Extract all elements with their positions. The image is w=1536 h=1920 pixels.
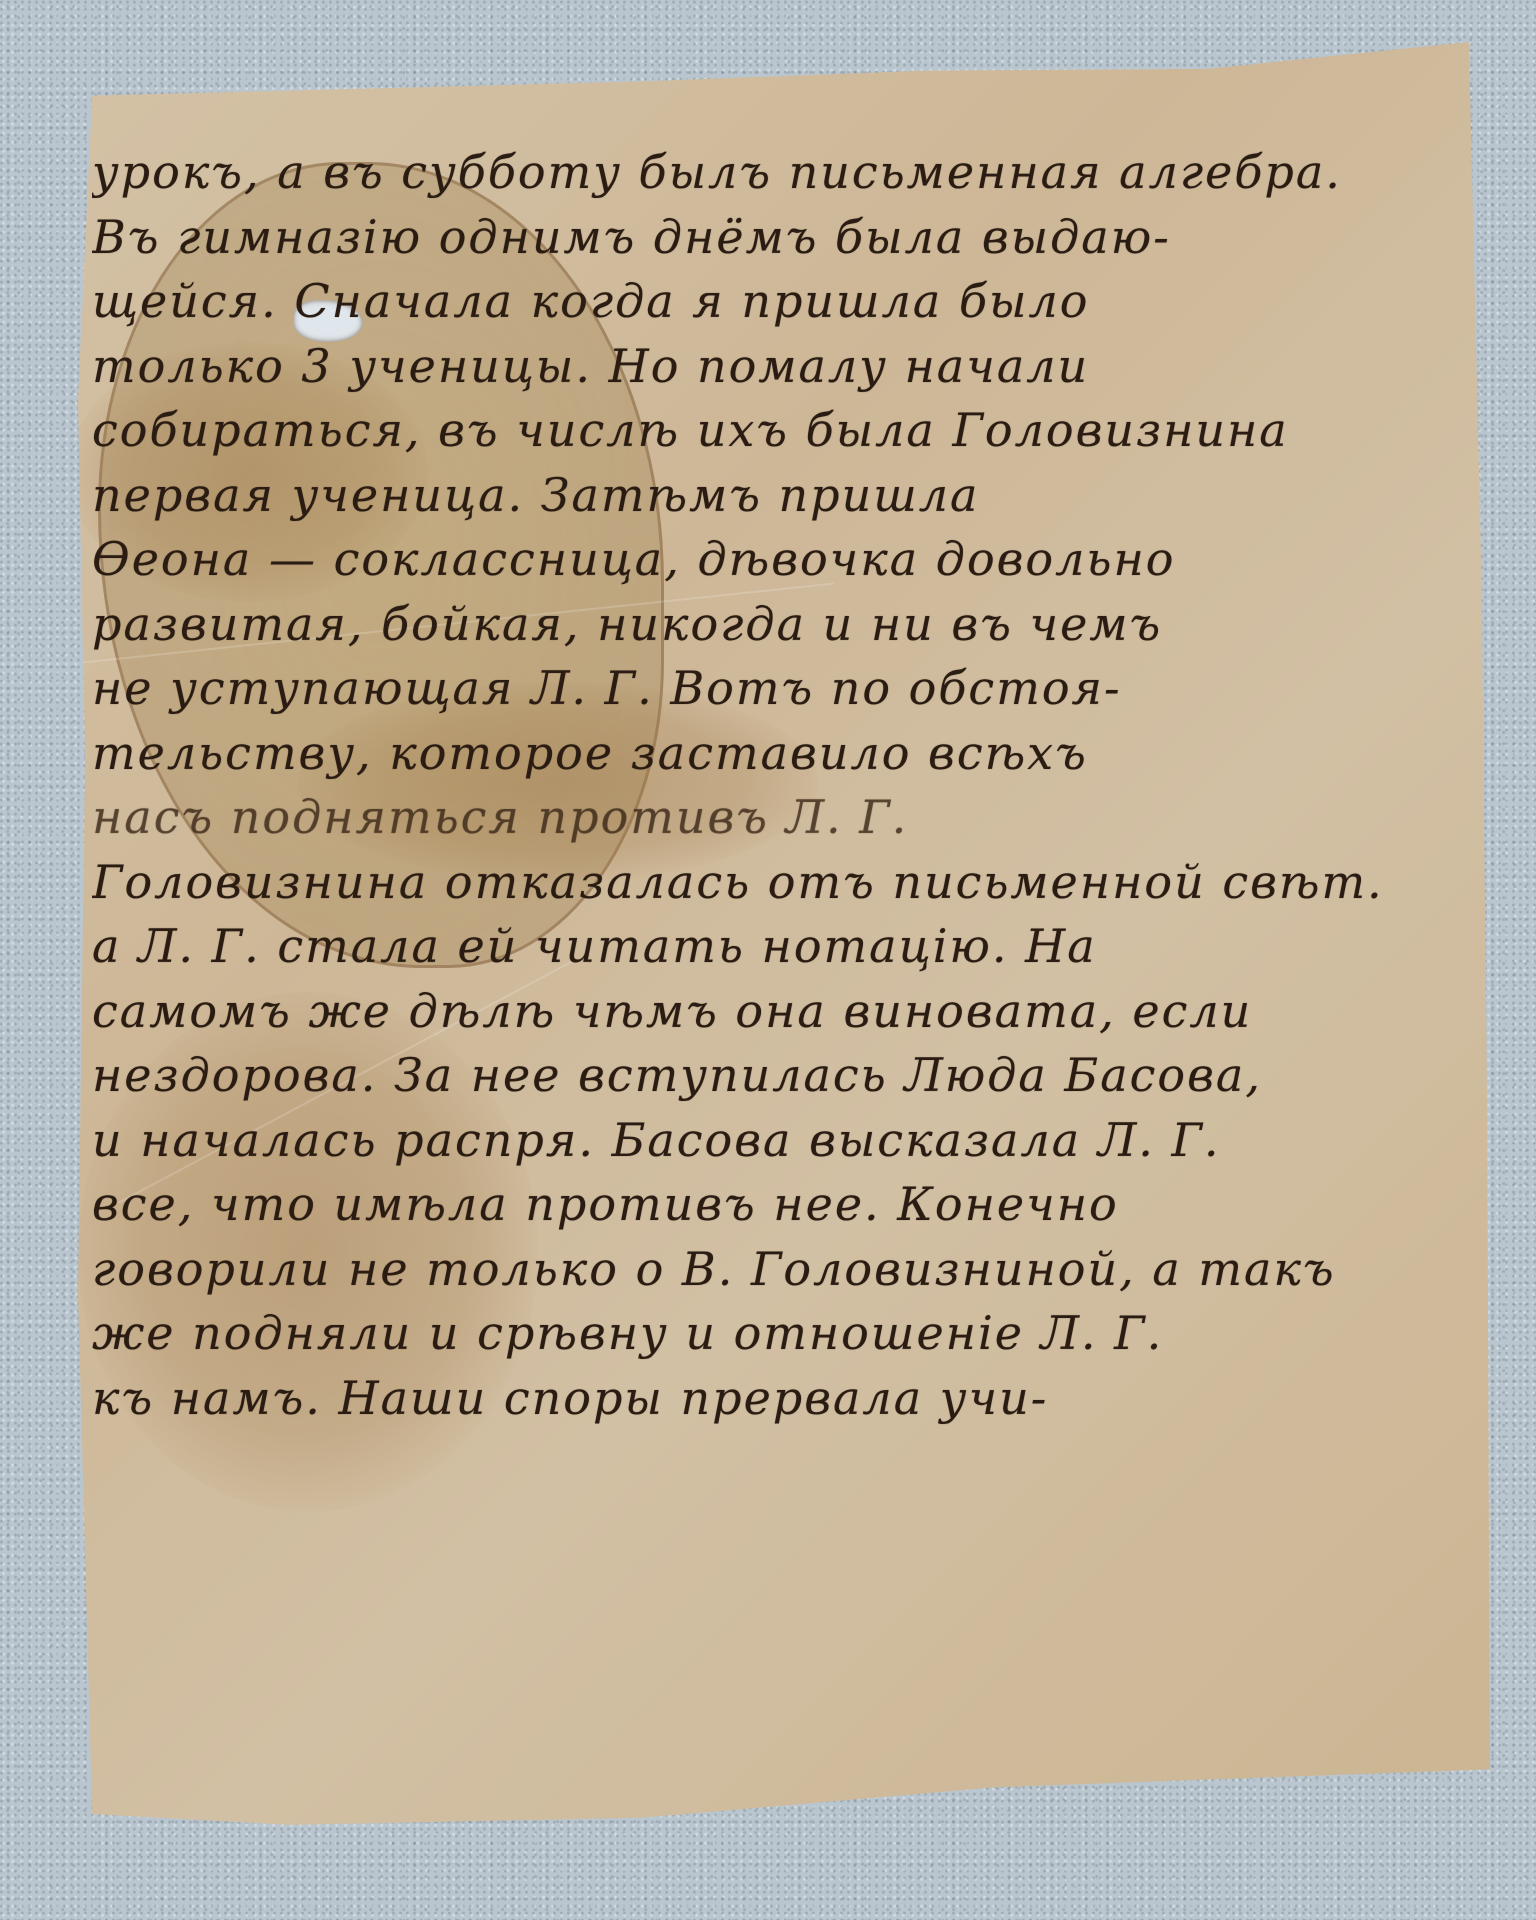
text-line: а Л. Г. стала ей читать нотацію. На [92,914,1472,979]
text-line: Ѳеона — соклассница, дѣвочка довольно [92,527,1472,592]
text-line: Въ гимназію однимъ днёмъ была выдаю- [92,205,1472,270]
text-line: нездорова. За нее вступилась Люда Басова… [92,1043,1472,1108]
text-line: Головизнина отказалась отъ письменной св… [92,850,1472,915]
text-line: только 3 ученицы. Но помалу начали [92,334,1472,399]
text-line: говорили не только о В. Головизниной, а … [92,1237,1472,1302]
text-line: щейся. Сначала когда я пришла было [92,269,1472,334]
text-line: же подняли и cрѣвну и отношеніе Л. Г. [92,1301,1472,1366]
text-line: тельству, которое заставило всѣхъ [92,721,1472,786]
text-line: урокъ, а въ субботу былъ письменная алге… [92,140,1472,205]
text-line: не уступающая Л. Г. Вотъ по обстоя- [92,656,1472,721]
text-line: собираться, въ числѣ ихъ была Головизнин… [92,398,1472,463]
text-line: насъ подняться противъ Л. Г. [92,785,1472,850]
text-line: и началась распря. Басова высказала Л. Г… [92,1108,1472,1173]
handwritten-text: урокъ, а въ субботу былъ письменная алге… [92,140,1472,1430]
text-line: развитая, бойкая, никогда и ни въ чемъ [92,592,1472,657]
text-line: къ намъ. Наши споры прервала учи- [92,1366,1472,1431]
text-line: первая ученица. Затѣмъ пришла [92,463,1472,528]
text-line: самомъ же дѣлѣ чѣмъ она виновата, если [92,979,1472,1044]
text-line: все, что имѣла противъ нее. Конечно [92,1172,1472,1237]
